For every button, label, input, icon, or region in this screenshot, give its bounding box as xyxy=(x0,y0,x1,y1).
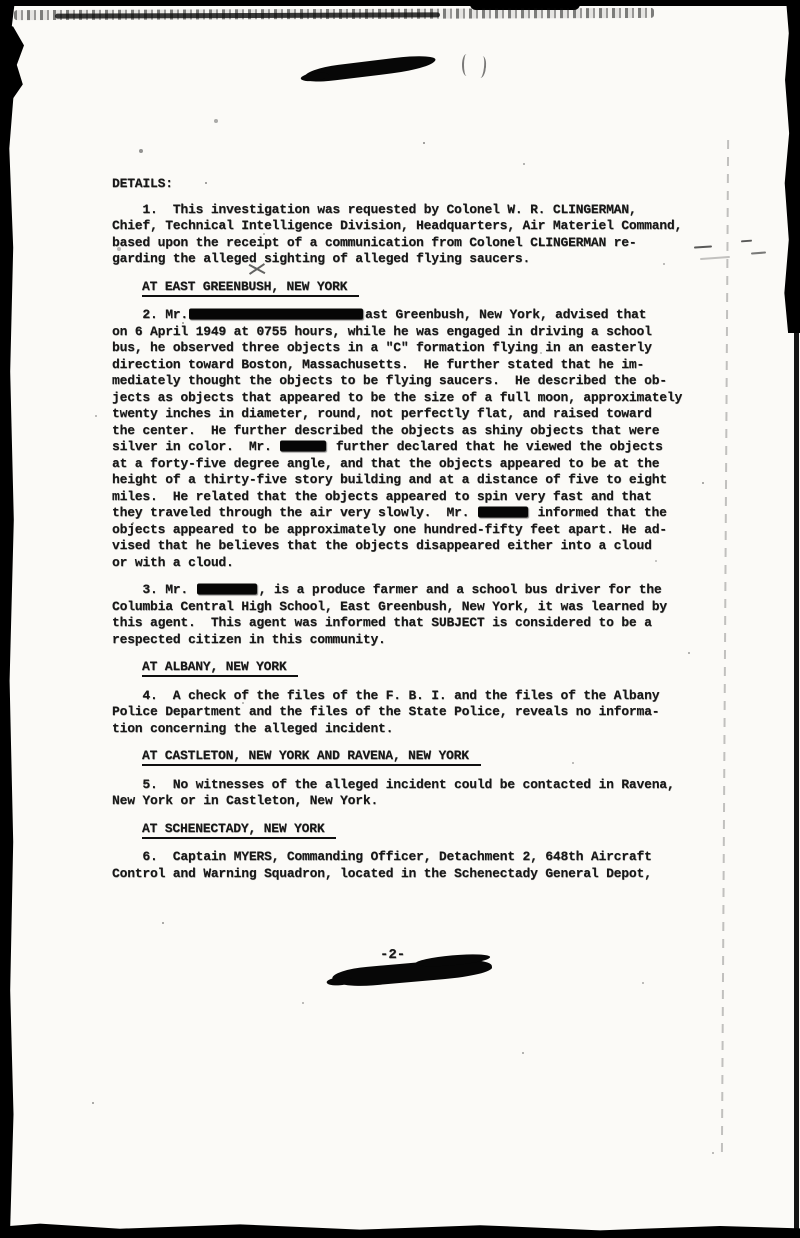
text-line: or with a cloud. xyxy=(112,555,720,572)
scan-border-left xyxy=(0,0,15,1238)
text-segment: Columbia Central High School, East Green… xyxy=(112,599,667,614)
section-heading-text: AT ALBANY, NEW YORK xyxy=(142,659,298,677)
redaction-bar xyxy=(478,507,528,518)
text-segment: , is a produce farmer and a school bus d… xyxy=(259,582,662,597)
section-heading-text: AT SCHENECTADY, NEW YORK xyxy=(142,821,336,839)
text-segment: tion concerning the alleged incident. xyxy=(112,721,393,736)
text-segment: respected citizen in this community. xyxy=(112,632,386,647)
text-line: 5. No witnesses of the alleged incident … xyxy=(112,777,720,794)
details-label-text: DETAILS: xyxy=(112,176,173,191)
text-line: on 6 April 1949 at 0755 hours, while he … xyxy=(112,324,720,341)
scan-speckles xyxy=(0,0,2,2)
text-segment: objects appeared to be approximately one… xyxy=(112,522,667,537)
scanned-document-page: DETAILS: 1. This investigation was reque… xyxy=(0,0,800,1238)
text-segment: silver in color. Mr. xyxy=(112,439,279,454)
redaction-bar xyxy=(197,584,257,595)
section-heading: AT EAST GREENBUSH, NEW YORK xyxy=(142,279,720,296)
section-heading: AT SCHENECTADY, NEW YORK xyxy=(142,821,720,838)
text-segment: further declared that he viewed the obje… xyxy=(328,439,662,454)
scan-border-left-chunk xyxy=(0,22,24,100)
text-line: miles. He related that the objects appea… xyxy=(112,489,720,506)
text-line: garding the alleged sighting of alleged … xyxy=(112,251,720,268)
text-line: height of a thirty-five story building a… xyxy=(112,472,720,489)
text-segment: height of a thirty-five story building a… xyxy=(112,472,667,487)
text-segment: bus, he observed three objects in a "C" … xyxy=(112,340,652,355)
text-line: Chief, Technical Intelligence Division, … xyxy=(112,218,720,235)
text-line: 6. Captain MYERS, Commanding Officer, De… xyxy=(112,849,720,866)
text-segment: 2. Mr. xyxy=(112,307,188,322)
redaction-bar xyxy=(189,309,363,320)
text-segment: miles. He related that the objects appea… xyxy=(112,489,652,504)
stray-paren-mark xyxy=(476,56,487,79)
text-line: 1. This investigation was requested by C… xyxy=(112,202,720,219)
text-line: Control and Warning Squadron, located in… xyxy=(112,866,720,883)
text-line: this agent. This agent was informed that… xyxy=(112,615,720,632)
document-text: DETAILS: 1. This investigation was reque… xyxy=(112,176,720,893)
text-line: respected citizen in this community. xyxy=(112,632,720,649)
text-line: 3. Mr. , is a produce farmer and a schoo… xyxy=(112,582,720,599)
fold-crease-line xyxy=(721,140,729,1160)
scan-border-bottom xyxy=(0,1222,800,1238)
text-line: the center. He further described the obj… xyxy=(112,423,720,440)
text-line: objects appeared to be approximately one… xyxy=(112,522,720,539)
text-segment: at a forty-five degree angle, and that t… xyxy=(112,456,659,471)
text-line: mediately thought the objects to be flyi… xyxy=(112,373,720,390)
text-segment: direction toward Boston, Massachusetts. … xyxy=(112,357,644,372)
text-segment: 1. This investigation was requested by C… xyxy=(112,202,637,217)
paragraph: 2. Mr.ast Greenbush, New York, advised t… xyxy=(112,307,720,571)
text-segment: 6. Captain MYERS, Commanding Officer, De… xyxy=(112,849,652,864)
text-segment: vised that he believes that the objects … xyxy=(112,538,652,553)
paragraph: 6. Captain MYERS, Commanding Officer, De… xyxy=(112,849,720,882)
text-segment: on 6 April 1949 at 0755 hours, while he … xyxy=(112,324,652,339)
text-segment: the center. He further described the obj… xyxy=(112,423,659,438)
text-segment: Chief, Technical Intelligence Division, … xyxy=(112,218,682,233)
pencil-dash-mark xyxy=(751,251,766,254)
text-segment: 5. No witnesses of the alleged incident … xyxy=(112,777,675,792)
scan-border-top xyxy=(0,0,800,6)
text-segment: they traveled through the air very slowl… xyxy=(112,505,477,520)
paragraph: 4. A check of the files of the F. B. I. … xyxy=(112,688,720,738)
section-heading-text: AT EAST GREENBUSH, NEW YORK xyxy=(142,279,359,297)
text-segment: Police Department and the files of the S… xyxy=(112,704,659,719)
redaction-bar xyxy=(280,441,326,452)
text-segment: this agent. This agent was informed that… xyxy=(112,615,652,630)
pencil-dash-mark xyxy=(741,240,752,243)
text-segment: twenty inches in diameter, round, not pe… xyxy=(112,406,652,421)
text-segment: based upon the receipt of a communicatio… xyxy=(112,235,637,250)
text-segment: informed that the xyxy=(530,505,667,520)
section-heading: AT ALBANY, NEW YORK xyxy=(142,659,720,676)
text-segment: 4. A check of the files of the F. B. I. … xyxy=(112,688,659,703)
scan-border-right-lower xyxy=(794,330,799,1238)
text-segment: or with a cloud. xyxy=(112,555,234,570)
text-line: Columbia Central High School, East Green… xyxy=(112,599,720,616)
stray-paren-mark xyxy=(462,54,471,76)
text-line: 4. A check of the files of the F. B. I. … xyxy=(112,688,720,705)
paragraph: 1. This investigation was requested by C… xyxy=(112,202,720,268)
text-line: vised that he believes that the objects … xyxy=(112,538,720,555)
text-line: twenty inches in diameter, round, not pe… xyxy=(112,406,720,423)
section-heading-text: AT CASTLETON, NEW YORK AND RAVENA, NEW Y… xyxy=(142,748,481,766)
page-number: -2- xyxy=(380,947,405,963)
text-line: they traveled through the air very slowl… xyxy=(112,505,720,522)
text-line: bus, he observed three objects in a "C" … xyxy=(112,340,720,357)
ink-smudge-top xyxy=(299,44,442,93)
text-segment: mediately thought the objects to be flyi… xyxy=(112,373,667,388)
text-line: at a forty-five degree angle, and that t… xyxy=(112,456,720,473)
text-line: direction toward Boston, Massachusetts. … xyxy=(112,357,720,374)
details-label: DETAILS: xyxy=(112,176,720,193)
text-line: jects as objects that appeared to be the… xyxy=(112,390,720,407)
text-line: Police Department and the files of the S… xyxy=(112,704,720,721)
text-segment: Control and Warning Squadron, located in… xyxy=(112,866,652,881)
scan-border-right-upper xyxy=(783,0,800,333)
text-line: tion concerning the alleged incident. xyxy=(112,721,720,738)
text-segment: ast Greenbush, New York, advised that xyxy=(365,307,646,322)
text-segment: 3. Mr. xyxy=(112,582,196,597)
text-line: 2. Mr.ast Greenbush, New York, advised t… xyxy=(112,307,720,324)
text-line: New York or in Castleton, New York. xyxy=(112,793,720,810)
section-heading: AT CASTLETON, NEW YORK AND RAVENA, NEW Y… xyxy=(142,748,720,765)
ink-smudge-bottom xyxy=(325,946,497,997)
paragraph: 3. Mr. , is a produce farmer and a schoo… xyxy=(112,582,720,648)
text-segment: jects as objects that appeared to be the… xyxy=(112,390,682,405)
text-line: based upon the receipt of a communicatio… xyxy=(112,235,720,252)
paragraph: 5. No witnesses of the alleged incident … xyxy=(112,777,720,810)
text-segment: New York or in Castleton, New York. xyxy=(112,793,378,808)
text-line: silver in color. Mr. further declared th… xyxy=(112,439,720,456)
text-segment: garding the alleged sighting of alleged … xyxy=(112,251,530,266)
